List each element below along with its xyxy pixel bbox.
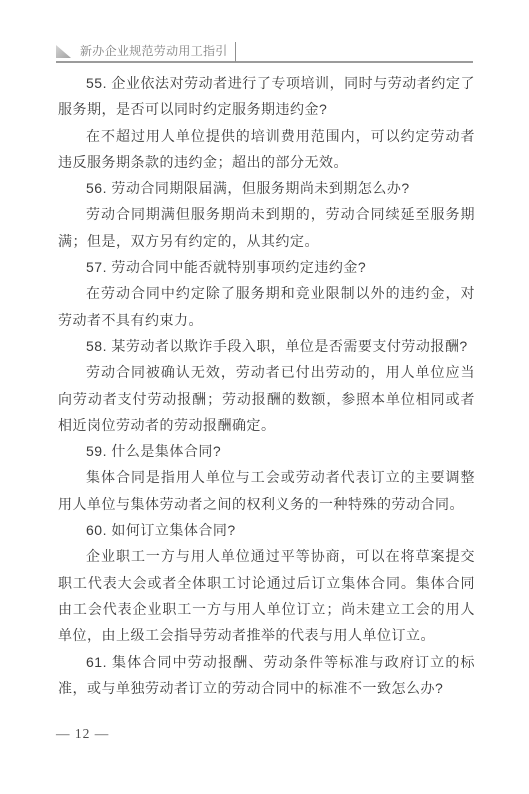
qa-answer: 劳动合同期满但服务期尚未到期的，劳动合同续延至服务期满；但是，双方另有约定的，从…	[58, 201, 475, 254]
triangle-marker-icon	[56, 45, 71, 58]
page-number: — 12 —	[56, 726, 109, 742]
qa-question: 55. 企业依法对劳动者进行了专项培训，同时与劳动者约定了服务期，是否可以同时约…	[58, 70, 475, 123]
qa-answer: 在不超过用人单位提供的培训费用范围内，可以约定劳动者违反服务期条款的违约金；超出…	[58, 123, 475, 176]
qa-answer: 集体合同是指用人单位与工会或劳动者代表订立的主要调整用人单位与集体劳动者之间的权…	[58, 464, 475, 517]
header-title: 新办企业规范劳动用工指引	[80, 42, 228, 59]
qa-question: 60. 如何订立集体合同?	[58, 517, 475, 543]
qa-answer: 劳动合同被确认无效，劳动者已付出劳动的，用人单位应当向劳动者支付劳动报酬；劳动报…	[58, 359, 475, 438]
qa-question: 56. 劳动合同期限届满，但服务期尚未到期怎么办?	[58, 175, 475, 201]
qa-question: 57. 劳动合同中能否就特别事项约定违约金?	[58, 254, 475, 280]
qa-question: 58. 某劳动者以欺诈手段入职，单位是否需要支付劳动报酬?	[58, 333, 475, 359]
qa-answer: 企业职工一方与用人单位通过平等协商，可以在将草案提交职工代表大会或者全体职工讨论…	[58, 543, 475, 648]
qa-answer: 在劳动合同中约定除了服务期和竞业限制以外的违约金，对劳动者不具有约束力。	[58, 280, 475, 333]
page-header: 新办企业规范劳动用工指引	[56, 40, 473, 63]
book-page: 新办企业规范劳动用工指引 55. 企业依法对劳动者进行了专项培训，同时与劳动者约…	[0, 0, 529, 794]
qa-question: 61. 集体合同中劳动报酬、劳动条件等标准与政府订立的标准，或与单独劳动者订立的…	[58, 649, 475, 702]
header-divider-tick	[235, 42, 236, 62]
qa-list: 55. 企业依法对劳动者进行了专项培训，同时与劳动者约定了服务期，是否可以同时约…	[58, 70, 475, 701]
qa-question: 59. 什么是集体合同?	[58, 438, 475, 464]
